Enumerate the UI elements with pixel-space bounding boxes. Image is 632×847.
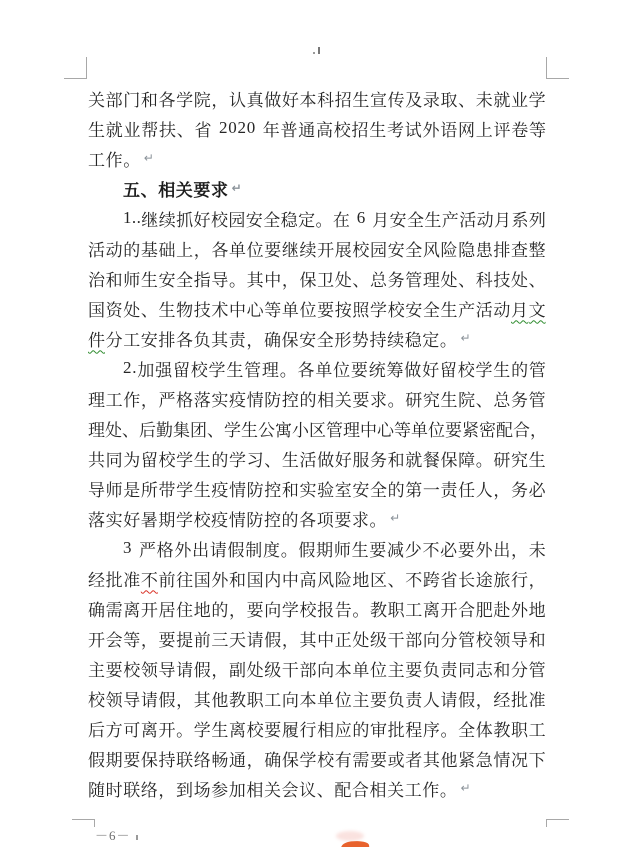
text-line: 导师是所带学生疫情防控和实验室安全的第一责任人，务必 xyxy=(88,473,546,503)
text-line: 主要校领导请假，副处级干部向本单位主要负责同志和分管 xyxy=(88,653,546,683)
crop-mark-top-left xyxy=(64,57,87,79)
text-line: 治和师生安全指导。其中，保卫处、总务管理处、科技处、 xyxy=(88,263,546,293)
text-line: 2.加强留校学生管理。各单位要统筹做好留校学生的管 xyxy=(88,353,546,383)
paragraph-mark: ↵ xyxy=(460,331,470,345)
text-line: 共同为留校学生的学习、生活做好服务和就餐保障。研究生 xyxy=(88,443,546,473)
paragraph-mark: ↵ xyxy=(460,781,470,795)
text-line: 理处、后勤集团、学生公寓小区管理中心等单位要紧密配合， xyxy=(88,413,546,443)
text-line: 后方可离开。学生离校要履行相应的审批程序。全体教职工 xyxy=(88,713,546,743)
page-number: －6－ xyxy=(95,828,131,843)
text-line: 1..继续抓好校园安全稳定。在 6 月安全生产活动月系列 xyxy=(88,203,546,233)
text-line: 经批准不前往国外和国内中高风险地区、不跨省长途旅行， xyxy=(88,563,546,593)
crop-mark-bottom-left xyxy=(72,819,95,827)
text-line: 假期要保持联络畅通，确保学校有需要或者其他紧急情况下 xyxy=(88,743,546,773)
text-line: 落实好暑期学校疫情防控的各项要求。↵ xyxy=(88,503,546,533)
text-line: 工作。↵ xyxy=(88,143,546,173)
paragraph-mark: ↵ xyxy=(232,181,242,195)
paragraph-mark: ↵ xyxy=(144,151,154,165)
text-line: 生就业帮扶、省 2020 年普通高校招生考试外语网上评卷等 xyxy=(88,113,546,143)
crop-mark-top-right xyxy=(546,57,569,79)
footer-paragraph-mark xyxy=(136,835,138,840)
text-line: 件分工安排各负其责，确保安全形势持续稳定。↵ xyxy=(88,323,546,353)
scan-artifact-smudge xyxy=(336,831,364,841)
text-line: 随时联络，到场参加相关会议、配合相关工作。↵ xyxy=(88,773,546,803)
text-line: 理工作，严格落实疫情防控的相关要求。研究生院、总务管 xyxy=(88,383,546,413)
text-line: 国资处、生物技术中心等单位要按照学校安全生产活动月文 xyxy=(88,293,546,323)
text-line: 确需离开居住地的，要向学校报告。教职工离开合肥赴外地 xyxy=(88,593,546,623)
text-line: 关部门和各学院，认真做好本科招生宣传及录取、未就业学 xyxy=(88,83,546,113)
text-line: 活动的基础上，各单位要继续开展校园安全风险隐患排查整 xyxy=(88,233,546,263)
text-line: 校领导请假，其他教职工向本单位主要负责人请假，经批准 xyxy=(88,683,546,713)
text-line: 开会等，要提前三天请假，其中正处级干部向分管校领导和 xyxy=(88,623,546,653)
document-body: 关部门和各学院，认真做好本科招生宣传及录取、未就业学生就业帮扶、省 2020 年… xyxy=(88,83,546,803)
text-line: 3 严格外出请假制度。假期师生要减少不必要外出，未 xyxy=(88,533,546,563)
page-footer: －6－ xyxy=(95,825,138,844)
header-paragraph-mark xyxy=(313,46,325,56)
crop-mark-bottom-right xyxy=(546,819,569,827)
document-page: 关部门和各学院，认真做好本科招生宣传及录取、未就业学生就业帮扶、省 2020 年… xyxy=(0,0,632,847)
text-line: 五、相关要求↵ xyxy=(88,173,546,203)
paragraph-mark: ↵ xyxy=(390,511,400,525)
